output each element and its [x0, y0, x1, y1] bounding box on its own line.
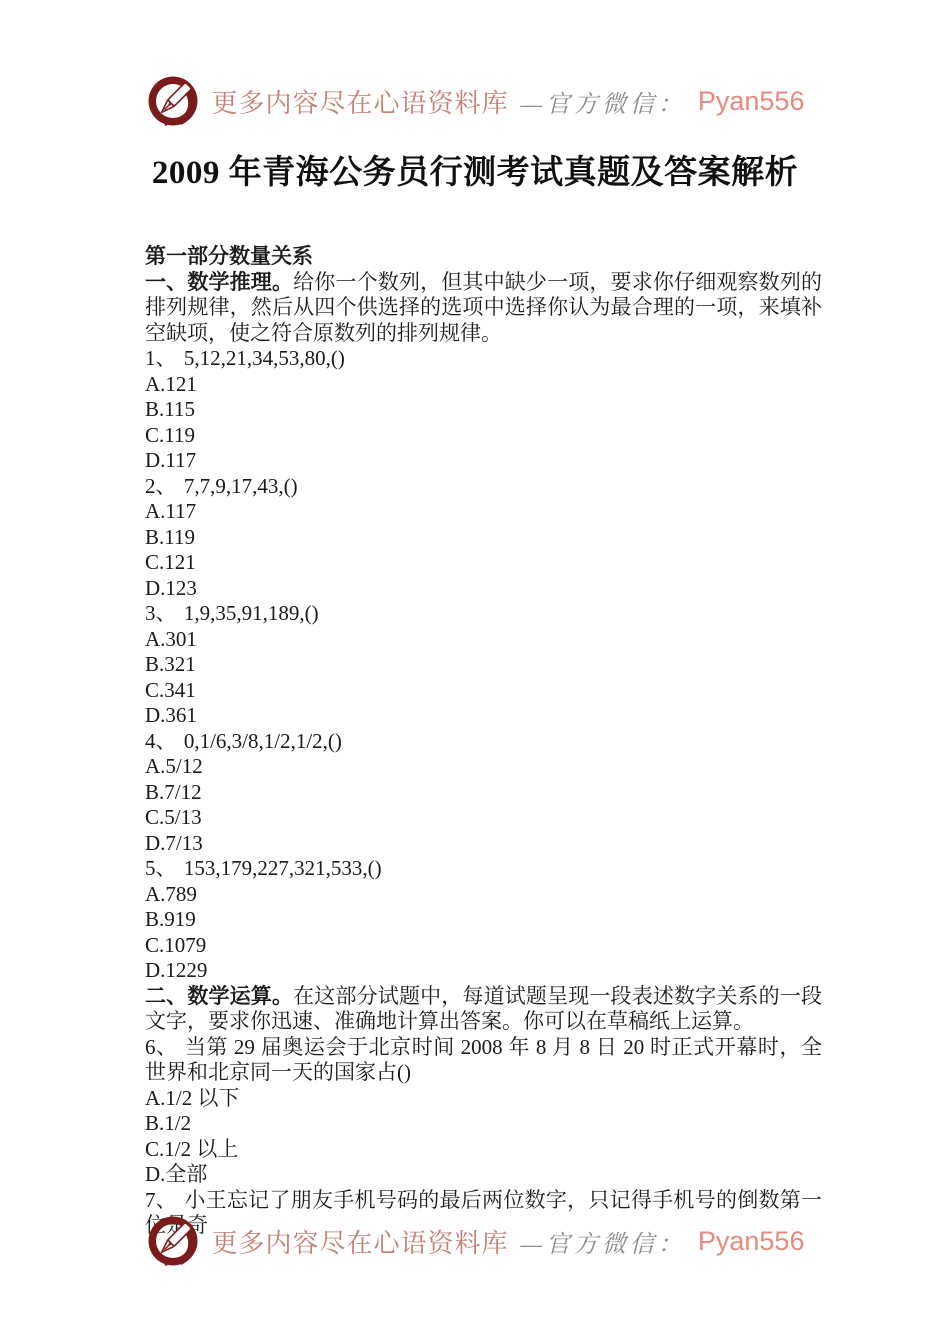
question-option: B.7/12 [145, 780, 822, 806]
question-options: A.121B.115C.119D.117 [145, 372, 822, 474]
instruction-paragraph: 二、数学运算。在这部分试题中，每道试题呈现一段表述数字关系的一段文字，要求你迅速… [145, 984, 822, 1035]
page-title: 2009 年青海公务员行测考试真题及答案解析 [0, 146, 950, 193]
wechat-label: —官方微信： [521, 1224, 686, 1259]
question-block: 6、当第 29 届奥运会于北京时间 2008 年 8 月 8 日 20 时正式开… [145, 1035, 822, 1188]
header-banner: 更多内容尽在心语资料库—官方微信： Pyan556 [0, 74, 950, 128]
question-stem: 1、5,12,21,34,53,80,() [145, 346, 822, 372]
question-option: A.5/12 [145, 754, 822, 780]
question-number: 4、 [145, 729, 177, 753]
question-block: 3、1,9,35,91,189,() A.301B.321C.341D.361 [145, 601, 822, 729]
question-option: C.5/13 [145, 805, 822, 831]
wechat-label: —官方微信： [521, 84, 686, 119]
instruction-paragraph: 一、数学推理。给你一个数列，但其中缺少一项，要求你仔细观察数列的排列规律，然后从… [145, 270, 822, 347]
question-option: D.全部 [145, 1162, 822, 1188]
question-number: 2、 [145, 474, 177, 498]
wechat-label-text: 官方微信： [546, 92, 686, 118]
footer-banner: 更多内容尽在心语资料库—官方微信： Pyan556 [0, 1214, 950, 1268]
question-option: D.123 [145, 576, 822, 602]
paragraph-lead: 二、数学运算。 [145, 984, 293, 1008]
question-number: 3、 [145, 601, 177, 625]
brand-text: 更多内容尽在心语资料库 [212, 1223, 509, 1260]
question-options: A.789B.919C.1079D.1229 [145, 882, 822, 984]
question-option: A.117 [145, 499, 822, 525]
question-stem: 6、当第 29 届奥运会于北京时间 2008 年 8 月 8 日 20 时正式开… [145, 1035, 822, 1086]
document-body: 第一部分数量关系一、数学推理。给你一个数列，但其中缺少一项，要求你仔细观察数列的… [145, 244, 822, 1239]
question-options: A.117B.119C.121D.123 [145, 499, 822, 601]
question-option: B.119 [145, 525, 822, 551]
question-options: A.1/2 以下B.1/2C.1/2 以上D.全部 [145, 1086, 822, 1188]
question-number: 6、 [145, 1035, 178, 1059]
question-option: A.1/2 以下 [145, 1086, 822, 1112]
dash-separator: — [521, 92, 546, 118]
question-text: 当第 29 届奥运会于北京时间 2008 年 8 月 8 日 20 时正式开幕时… [145, 1035, 822, 1085]
wechat-label-text: 官方微信： [546, 1232, 686, 1258]
wechat-id: Pyan556 [698, 86, 805, 117]
question-number: 5、 [145, 856, 177, 880]
dash-separator: — [521, 1232, 546, 1258]
question-options: A.5/12B.7/12C.5/13D.7/13 [145, 754, 822, 856]
question-option: C.1/2 以上 [145, 1137, 822, 1163]
question-block: 2、7,7,9,17,43,() A.117B.119C.121D.123 [145, 474, 822, 602]
question-stem: 2、7,7,9,17,43,() [145, 474, 822, 500]
question-text: 153,179,227,321,533,() [184, 856, 382, 880]
question-text: 7,7,9,17,43,() [184, 474, 298, 498]
question-option: C.1079 [145, 933, 822, 959]
question-number: 1、 [145, 346, 177, 370]
question-options: A.301B.321C.341D.361 [145, 627, 822, 729]
question-option: B.115 [145, 397, 822, 423]
question-option: D.1229 [145, 958, 822, 984]
question-block: 4、0,1/6,3/8,1/2,1/2,() A.5/12B.7/12C.5/1… [145, 729, 822, 857]
question-option: C.341 [145, 678, 822, 704]
question-option: A.789 [145, 882, 822, 908]
pen-circle-logo-icon [146, 1214, 200, 1268]
question-option: A.121 [145, 372, 822, 398]
wechat-id: Pyan556 [698, 1226, 805, 1257]
question-text: 5,12,21,34,53,80,() [184, 346, 345, 370]
question-block: 5、153,179,227,321,533,() A.789B.919C.107… [145, 856, 822, 984]
question-option: D.117 [145, 448, 822, 474]
brand-text: 更多内容尽在心语资料库 [212, 83, 509, 120]
pen-circle-logo-icon [146, 74, 200, 128]
question-block: 1、5,12,21,34,53,80,() A.121B.115C.119D.1… [145, 346, 822, 474]
section-heading: 第一部分数量关系 [145, 244, 822, 270]
question-text: 1,9,35,91,189,() [184, 601, 319, 625]
question-option: C.121 [145, 550, 822, 576]
question-stem: 3、1,9,35,91,189,() [145, 601, 822, 627]
question-text: 0,1/6,3/8,1/2,1/2,() [184, 729, 342, 753]
question-number: 7、 [145, 1188, 177, 1212]
question-option: B.1/2 [145, 1111, 822, 1137]
question-option: B.919 [145, 907, 822, 933]
question-option: A.301 [145, 627, 822, 653]
question-stem: 5、153,179,227,321,533,() [145, 856, 822, 882]
document-page: 更多内容尽在心语资料库—官方微信： Pyan556 2009 年青海公务员行测考… [0, 0, 950, 1344]
question-option: C.119 [145, 423, 822, 449]
question-option: B.321 [145, 652, 822, 678]
paragraph-lead: 一、数学推理。 [145, 270, 293, 294]
question-stem: 4、0,1/6,3/8,1/2,1/2,() [145, 729, 822, 755]
question-option: D.361 [145, 703, 822, 729]
question-option: D.7/13 [145, 831, 822, 857]
